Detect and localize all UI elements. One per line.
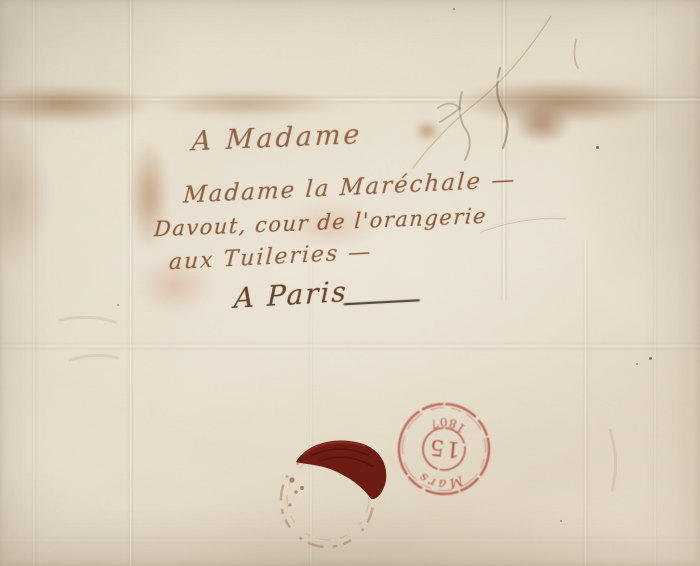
address-line-1: A Madame: [191, 119, 363, 158]
stain-left-edge: [0, 120, 50, 270]
speck: [117, 304, 119, 306]
stain-right-blotch: [512, 104, 572, 144]
speck: [560, 520, 562, 522]
speck: [453, 8, 455, 10]
address-line-3: Davout, cour de l'orangerie: [153, 204, 487, 241]
crease-horizontal-top-fold: [0, 95, 700, 104]
crease-vertical-right: [652, 0, 658, 566]
address-line-2: Madame la Maréchale —: [182, 167, 517, 209]
stain-top-center: [150, 90, 340, 118]
crease-horizontal-middle-fold: [0, 341, 700, 351]
speck: [649, 357, 652, 360]
crease-vertical-3: [500, 0, 508, 300]
speck: [636, 363, 638, 365]
crease-vertical-left: [31, 0, 37, 566]
stain-top-right: [455, 80, 665, 124]
wax-seal: [272, 428, 402, 558]
address-line-4: aux Tuileries —: [168, 240, 373, 276]
letter-photo: A Madame Madame la Maréchale — Davout, c…: [0, 0, 700, 566]
speck: [596, 146, 599, 149]
address-line-5: A Paris: [233, 275, 348, 315]
stain-spot-small: [414, 120, 440, 142]
crease-vertical-1: [127, 0, 134, 566]
postmark-month: Mars: [415, 467, 468, 493]
postmark-day: 15: [427, 433, 461, 461]
pen-dash-after-paris: —: [339, 279, 424, 321]
stain-top-left: [0, 84, 155, 124]
crease-vertical-4: [582, 240, 589, 566]
svg-text:Mars: Mars: [415, 467, 468, 493]
postmark-stamp: Mars 1807 15: [384, 389, 504, 509]
